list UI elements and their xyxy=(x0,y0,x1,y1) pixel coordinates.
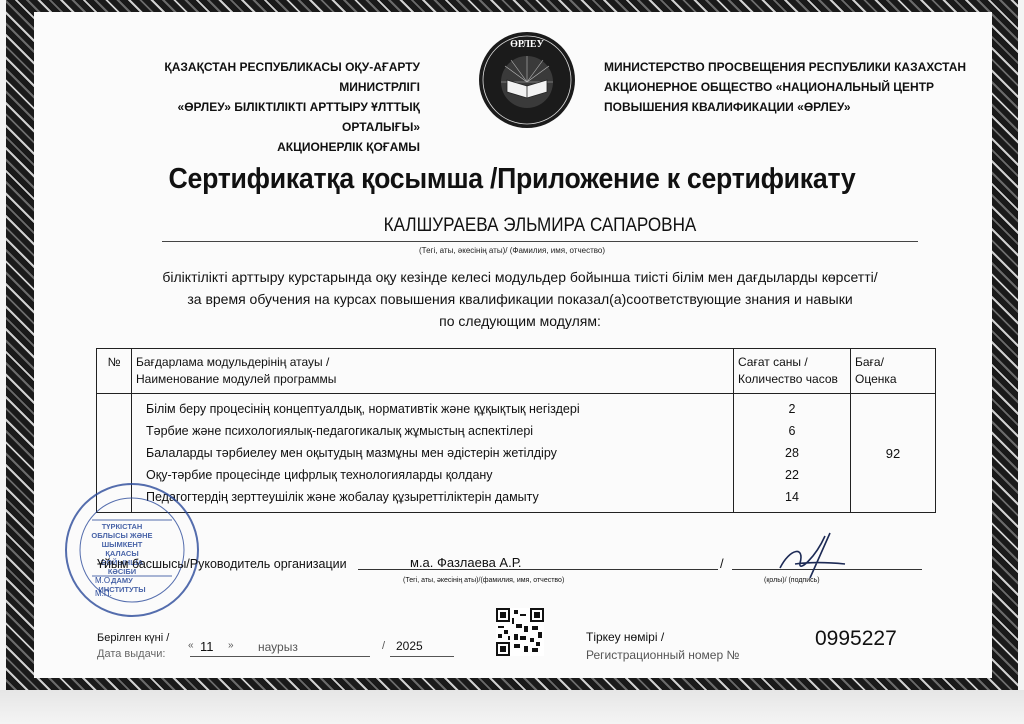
stamp-mp: М.П. xyxy=(95,589,112,598)
stamp-line: ОБЛЫСЫ ЖӘНЕ xyxy=(88,531,156,540)
page-title: Сертификатқа қосымша /Приложение к серти… xyxy=(41,163,983,196)
header-kz-line: АКЦИОНЕРЛІК ҚОҒАМЫ xyxy=(100,137,420,157)
quote-close: » xyxy=(228,640,234,651)
registration-label-ru: Регистрационный номер № xyxy=(586,646,739,664)
handwritten-signature-icon xyxy=(770,528,850,583)
table-row-hours: 6 xyxy=(734,420,850,442)
separator: / xyxy=(720,556,724,571)
header-kz-line: ҚАЗАҚСТАН РЕСПУБЛИКАСЫ ОҚУ-АҒАРТУ МИНИСТ… xyxy=(100,57,420,97)
recipient-name: КАЛШУРАЕВА ЭЛЬМИРА САПАРОВНА xyxy=(162,215,918,242)
table-row-module: Оқу-тәрбие процесінде цифрлық технология… xyxy=(146,464,733,486)
header-grade-ru: Оценка xyxy=(855,371,931,388)
table-row-module: Білім беру процесінің концептуалдық, нор… xyxy=(146,398,733,420)
issue-date-label-kz: Берілген күні / xyxy=(97,630,169,646)
date-separator: / xyxy=(382,640,385,652)
table-header-row: № Бағдарлама модульдерінің атауы / Наиме… xyxy=(97,349,936,394)
stamp-line: ТҮРКІСТАН xyxy=(88,522,156,531)
table-body-row: Білім беру процесінің концептуалдық, нор… xyxy=(97,394,936,513)
header-kz-line: «ӨРЛЕУ» БІЛІКТІЛІКТІ АРТТЫРУ ҰЛТТЫҚ ОРТА… xyxy=(100,97,420,137)
registration-label-kz: Тіркеу нөмірі / xyxy=(586,628,739,646)
modules-table: № Бағдарлама модульдерінің атауы / Наиме… xyxy=(96,348,936,513)
issue-year: 2025 xyxy=(396,639,423,653)
header-ru: МИНИСТЕРСТВО ПРОСВЕЩЕНИЯ РЕСПУБЛИКИ КАЗА… xyxy=(604,57,984,117)
table-row-hours: 22 xyxy=(734,464,850,486)
recipient-name-caption: (Тегі, аты, әкесінің аты)/ (Фамилия, имя… xyxy=(0,246,1024,255)
header-hours-kz: Сағат саны / xyxy=(738,354,846,371)
issue-month: наурыз xyxy=(258,640,298,654)
header-hours-ru: Количество часов xyxy=(738,371,846,388)
year-line xyxy=(390,656,454,657)
header-module: Бағдарлама модульдерінің атауы / Наимено… xyxy=(132,349,734,394)
table-row-module: Балаларды тәрбиелеу мен оқытудың мазмұны… xyxy=(146,442,733,464)
svg-text:ӨРЛЕУ: ӨРЛЕУ xyxy=(510,39,545,50)
table-row-module: Педагогтердің зерттеушілік және жобалау … xyxy=(146,486,733,508)
scan-bottom-edge xyxy=(0,690,1024,724)
table-row-module: Тәрбие және психологиялық-педагогикалық … xyxy=(146,420,733,442)
director-name-caption: (Тегі, аты, әкесінің аты)/(фамилия, имя,… xyxy=(403,577,564,584)
intro-line: за время обучения на курсах повышения кв… xyxy=(110,288,930,310)
open-book-emblem-icon: ӨРЛЕУ xyxy=(477,30,577,130)
quote-open: « xyxy=(188,640,194,651)
issue-date-label: Берілген күні / Дата выдачи: xyxy=(97,630,169,662)
header-grade-kz: Баға/ xyxy=(855,354,931,371)
date-line xyxy=(190,656,370,657)
table-row-hours: 14 xyxy=(734,486,850,508)
header-module-ru: Наименование модулей программы xyxy=(136,371,729,388)
stamp-mo: М.О. xyxy=(95,576,112,585)
hours-cell: 2 6 28 22 14 xyxy=(734,394,851,513)
header-ru-line: МИНИСТЕРСТВО ПРОСВЕЩЕНИЯ РЕСПУБЛИКИ КАЗА… xyxy=(604,57,984,77)
header-module-kz: Бағдарлама модульдерінің атауы / xyxy=(136,354,729,371)
header-hours: Сағат саны / Количество часов xyxy=(734,349,851,394)
director-name: м.а. Фазлаева А.Р. xyxy=(410,555,522,570)
table-row-hours: 28 xyxy=(734,442,850,464)
issue-date-label-ru: Дата выдачи: xyxy=(97,646,169,662)
table-row-hours: 2 xyxy=(734,398,850,420)
qr-code-icon[interactable] xyxy=(496,608,544,656)
header-grade: Баға/ Оценка xyxy=(851,349,936,394)
issue-day: 11 xyxy=(200,639,214,654)
header-ru-line: АКЦИОНЕРНОЕ ОБЩЕСТВО «НАЦИОНАЛЬНЫЙ ЦЕНТР xyxy=(604,77,984,97)
intro-line: по следующим модулям: xyxy=(110,310,930,332)
intro-text: біліктілікті арттыру курстарында оқу кез… xyxy=(110,266,930,332)
intro-line: біліктілікті арттыру курстарында оқу кез… xyxy=(110,266,930,288)
header-ru-line: ПОВЫШЕНИЯ КВАЛИФИКАЦИИ «ӨРЛЕУ» xyxy=(604,97,984,117)
stamp-line: ШЫМКЕНТ ҚАЛАСЫ xyxy=(88,540,156,558)
registration-number: 0995227 xyxy=(815,627,897,651)
registration-label: Тіркеу нөмірі / Регистрационный номер № xyxy=(586,628,739,664)
modules-cell: Білім беру процесінің концептуалдық, нор… xyxy=(132,394,734,513)
header-no: № xyxy=(97,349,132,394)
director-label: Ұйым басшысы/Руководитель организации xyxy=(97,557,347,571)
grade-value: 92 xyxy=(851,394,936,513)
header-kz: ҚАЗАҚСТАН РЕСПУБЛИКАСЫ ОҚУ-АҒАРТУ МИНИСТ… xyxy=(100,57,420,157)
